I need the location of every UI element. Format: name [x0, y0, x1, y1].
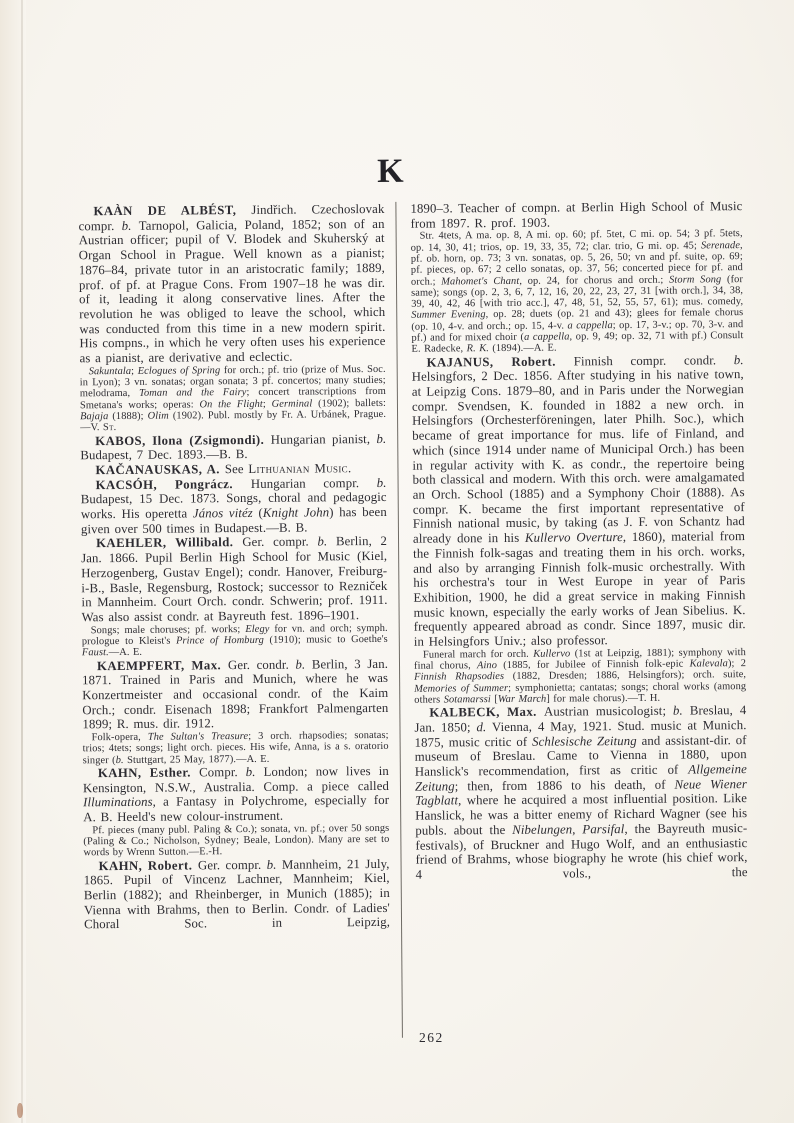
text-segment: Kullervo Overture — [525, 530, 623, 545]
text-segment: Tarnopol, Galicia, Poland, 1852; son of … — [79, 217, 386, 366]
text-segment: , — [572, 822, 582, 836]
entry-kahn-esther-main: KAHN, Esther. Compr. b. London; now live… — [83, 764, 389, 825]
text-segment: Helsingfors, 2 Dec. 1856. After studying… — [412, 367, 745, 545]
text-segment: Toman and the Fairy — [139, 387, 247, 399]
entry-headword: KAÀN DE ALBÉST, — [93, 203, 251, 218]
entry-kahn-robert-cont-main: 1890–3. Teacher of compn. at Berlin High… — [410, 199, 742, 231]
text-segment: , 1860), material from the Finnish folk-… — [413, 529, 746, 649]
entry-kahn-esther-works: Pf. pieces (many publ. Paling & Co.); so… — [83, 823, 389, 859]
text-segment: ; then, from 1886 to his death, of — [455, 777, 675, 793]
entry-headword: KACSÓH, Pongrácz. — [96, 477, 251, 492]
text-segment: Knight John — [263, 505, 329, 520]
text-segment: Finnish Rhapsodies — [414, 671, 504, 683]
text-segment: War March — [498, 694, 547, 705]
entry-headword: KAHN, Robert. — [99, 858, 199, 873]
text-columns: KAÀN DE ALBÉST, Jindřich. Czechoslovak c… — [78, 199, 749, 1052]
text-segment: a cappella — [567, 320, 612, 331]
text-segment: b. — [122, 219, 132, 233]
entry-kahn-robert-main: KAHN, Robert. Ger. compr. b. Mannheim, 2… — [84, 857, 391, 933]
text-segment: ] for male chorus).—T. H. — [546, 693, 660, 705]
text-segment: Budapest, 7 Dec. 1893.—B. B. — [80, 447, 247, 462]
text-segment: On the Flight — [199, 398, 263, 409]
text-segment: Pf. pieces (many publ. Paling & Co.); so… — [83, 823, 389, 859]
text-segment: Hungarian compr. — [251, 476, 377, 491]
entry-headword: KAJANUS, Robert. — [427, 354, 574, 369]
text-segment: Songs; male choruses; pf. works; — [91, 624, 246, 636]
text-segment: Illuminations — [83, 795, 153, 810]
entry-headword: KABOS, Ilona (Zsigmondi). — [95, 432, 271, 447]
text-segment: Lithuanian Music. — [248, 461, 351, 476]
entry-headword: KAHN, Esther. — [98, 765, 199, 780]
entry-headword: KAEMPFERT, Max. — [97, 658, 228, 673]
text-segment: b. — [246, 765, 256, 779]
text-segment: b. — [377, 476, 387, 490]
text-segment: Finnish compr. condr. — [574, 353, 734, 368]
text-segment: Ger. compr. — [242, 535, 317, 550]
text-segment: Germinal — [272, 398, 313, 409]
text-segment: Kullervo — [533, 648, 570, 659]
entry-headword: KAČANAUSKAS, A. — [95, 462, 224, 477]
entry-headword: KAEHLER, Willibald. — [96, 535, 242, 550]
text-segment: ); 2 — [728, 658, 746, 669]
text-segment: St. — [103, 422, 117, 433]
text-segment: b. — [295, 657, 305, 671]
text-segment: , op. 24, for chorus and orch.; — [519, 274, 669, 286]
text-segment: (1894).—A. E. — [489, 343, 557, 355]
text-segment: ; — [263, 398, 272, 409]
text-segment: (1902); ballets: — [312, 398, 386, 410]
scan-stain — [17, 1103, 23, 1118]
entry-kahn-robert-cont-works: Str. 4tets, A ma. op. 8, A mi. op. 60; p… — [411, 229, 744, 356]
text-segment: Hungarian pianist, — [271, 431, 377, 446]
text-segment: Kalevala — [690, 658, 728, 669]
text-segment: Bajaja — [80, 411, 108, 422]
text-segment: Schlesische Zeitung — [532, 734, 637, 749]
text-segment: Austrian musicologist; — [544, 704, 673, 719]
text-segment: Olim — [148, 411, 169, 422]
section-letter: K — [59, 151, 723, 192]
entry-kaan-de-albest-main: KAÀN DE ALBÉST, Jindřich. Czechoslovak c… — [78, 202, 385, 366]
text-segment: János vitéz — [193, 506, 253, 520]
text-segment: Elegy — [245, 623, 269, 634]
text-segment: Nibelungen — [512, 822, 572, 836]
page-gutter-line — [21, 0, 23, 1123]
text-segment: Str. 4tets, A ma. op. 8, A mi. op. 60; p… — [411, 229, 743, 254]
text-segment: 1890–3. Teacher of compn. at Berlin High… — [410, 199, 742, 230]
text-segment: See — [225, 462, 249, 476]
text-segment: Aino — [477, 660, 497, 671]
text-segment: b. — [734, 353, 744, 367]
entry-kajanus-main: KAJANUS, Robert. Finnish compr. condr. b… — [412, 353, 746, 650]
page-content: K KAÀN DE ALBÉST, Jindřich. Czechoslovak… — [78, 151, 749, 1052]
entry-kaempfert-works: Folk-opera, The Sultan's Treasure; 3 orc… — [83, 730, 389, 766]
text-segment: (1888); — [108, 411, 147, 422]
text-segment: —A. E. — [109, 647, 142, 658]
text-segment: The Sultan's Treasure — [148, 731, 248, 743]
text-segment: a cappella — [524, 332, 570, 343]
text-segment: Eclogues of Spring — [138, 365, 221, 377]
text-segment: (1910); music to Goethe's — [264, 634, 388, 646]
text-segment: Stuttgart, 25 May, 1877).—A. E. — [124, 753, 270, 765]
entry-kaehler-works: Songs; male choruses; pf. works; Elegy f… — [82, 623, 388, 659]
entry-kacsoh-main: KACSÓH, Pongrácz. Hungarian compr. b. Bu… — [81, 476, 387, 537]
text-segment: Storm Song — [669, 274, 721, 285]
text-segment: b. — [116, 755, 124, 766]
text-segment: R. K. — [467, 343, 489, 354]
text-segment: Serenade — [701, 240, 740, 251]
text-segment: Ger. compr. — [198, 858, 267, 873]
text-segment: d. — [476, 720, 486, 734]
text-segment: Sotamarssi — [444, 694, 491, 705]
text-segment: b. — [267, 857, 277, 871]
right-column: 1890–3. Teacher of compn. at Berlin High… — [410, 199, 749, 1050]
entry-kalbeck-main: KALBECK, Max. Austrian musicologist; b. … — [414, 703, 747, 882]
left-column: KAÀN DE ALBÉST, Jindřich. Czechoslovak c… — [78, 202, 391, 1052]
entry-kaempfert-main: KAEMPFERT, Max. Ger. condr. b. Berlin, 3… — [82, 656, 389, 732]
text-segment: Folk-opera, — [92, 732, 148, 743]
text-segment: b. — [317, 535, 327, 549]
text-segment: ( — [253, 506, 263, 520]
page-number: 262 — [419, 1030, 444, 1046]
entry-kaehler-main: KAEHLER, Willibald. Ger. compr. b. Berli… — [81, 534, 388, 625]
text-segment: Compr. — [199, 765, 246, 779]
entry-kajanus-works: Funeral march for orch. Kullervo (1st at… — [414, 647, 746, 706]
entry-headword: KALBECK, Max. — [429, 705, 544, 720]
dictionary-page: K KAÀN DE ALBÉST, Jindřich. Czechoslovak… — [0, 0, 794, 1123]
text-segment: Faust. — [82, 647, 109, 658]
text-segment: Funeral march for orch. — [423, 648, 533, 660]
text-segment: Ger. condr. — [228, 657, 296, 672]
text-segment: Mahomet's Chant — [441, 275, 519, 287]
text-segment: Prince of Homburg — [176, 635, 264, 647]
text-segment: b. — [376, 431, 386, 445]
entry-kaan-de-albest-works: Sakuntala; Eclogues of Spring for orch.;… — [80, 364, 387, 434]
text-segment: Parsifal — [582, 822, 624, 836]
text-segment: Summer Evening — [411, 310, 485, 322]
text-segment: Sakuntala — [89, 366, 132, 377]
text-segment: Memories of Summer — [414, 683, 508, 695]
entry-kabos-main: KABOS, Ilona (Zsigmondi). Hungarian pian… — [80, 431, 386, 463]
